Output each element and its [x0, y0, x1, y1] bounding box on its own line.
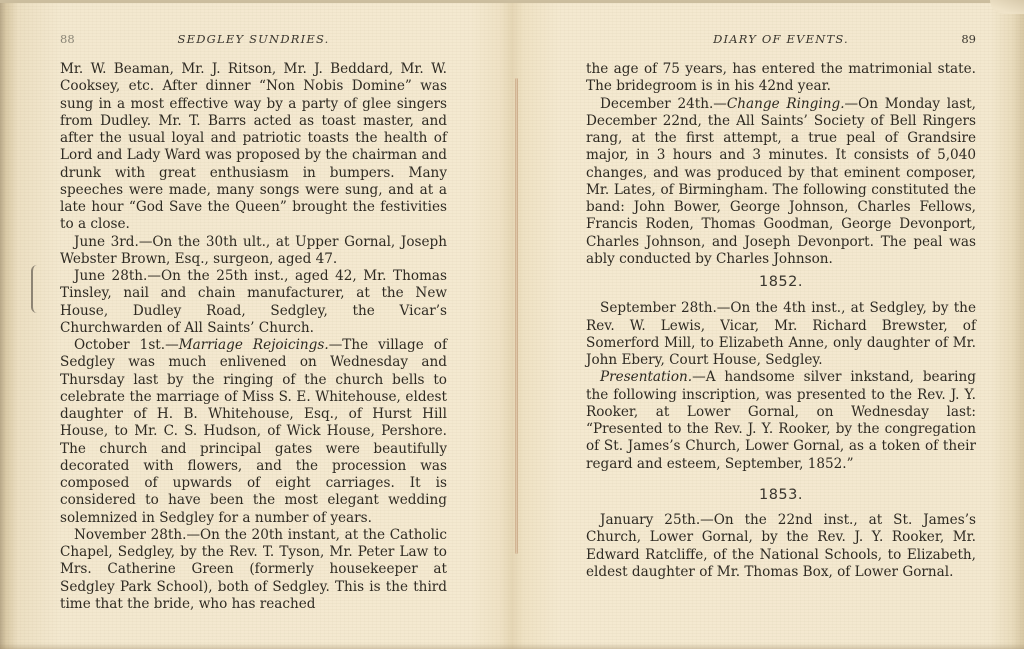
paragraph-june-28th: June 28th.—On the 25th inst., aged 42, M… [60, 268, 447, 337]
paragraph-january-25th: January 25th.—On the 22nd inst., at St. … [586, 512, 976, 581]
paragraph-november-28th: November 28th.—On the 20th instant, at t… [60, 527, 447, 613]
page-bottom-shadow [0, 643, 1024, 649]
book-spread: 88 SEDGLEY SUNDRIES. Mr. W. Beaman, Mr. … [0, 0, 1024, 649]
entry-heading-italic: Marriage Rejoicings. [179, 337, 329, 353]
year-heading-1853: 1853. [586, 487, 976, 504]
paragraph-marriage-continuation: the age of 75 years, has entered the mat… [586, 61, 976, 96]
paragraph-dinner-continuation: Mr. W. Beaman, Mr. J. Ritson, Mr. J. Bed… [60, 61, 447, 234]
entry-date: December 24th.— [600, 96, 727, 112]
left-running-head: 88 SEDGLEY SUNDRIES. [60, 32, 447, 54]
entry-heading-italic: Change Ringing. [727, 96, 845, 112]
running-head-title-left: SEDGLEY SUNDRIES. [60, 32, 447, 46]
page-top-edge [0, 0, 1024, 3]
binding-thread [515, 78, 518, 554]
running-head-title-right: DIARY OF EVENTS. [586, 32, 976, 46]
page-corner-curl [990, 0, 1024, 14]
left-page-body: Mr. W. Beaman, Mr. J. Ritson, Mr. J. Bed… [60, 61, 447, 613]
right-page-body: the age of 75 years, has entered the mat… [586, 61, 976, 581]
year-heading-1852: 1852. [586, 274, 976, 291]
left-page: 88 SEDGLEY SUNDRIES. Mr. W. Beaman, Mr. … [60, 32, 447, 613]
right-page: DIARY OF EVENTS. 89 the age of 75 years,… [586, 32, 976, 581]
paragraph-october-1st: October 1st.—Marriage Rejoicings.—The vi… [60, 337, 447, 527]
entry-date: October 1st.— [74, 337, 179, 353]
entry-text: —The village of Sedgley was much enliven… [60, 337, 447, 526]
paragraph-presentation: Presentation.—A handsome silver inkstand… [586, 369, 976, 473]
entry-text: —On Monday last, December 22nd, the All … [586, 96, 976, 267]
entry-heading-italic: Presentation. [600, 369, 692, 385]
right-running-head: DIARY OF EVENTS. 89 [586, 32, 976, 54]
paragraph-june-3rd: June 3rd.—On the 30th ult., at Upper Gor… [60, 234, 447, 269]
page-number-right: 89 [961, 32, 976, 46]
paragraph-september-28th: September 28th.—On the 4th inst., at Sed… [586, 300, 976, 369]
paragraph-december-24th: December 24th.—Change Ringing.—On Monday… [586, 96, 976, 269]
pencil-margin-mark [31, 265, 37, 313]
